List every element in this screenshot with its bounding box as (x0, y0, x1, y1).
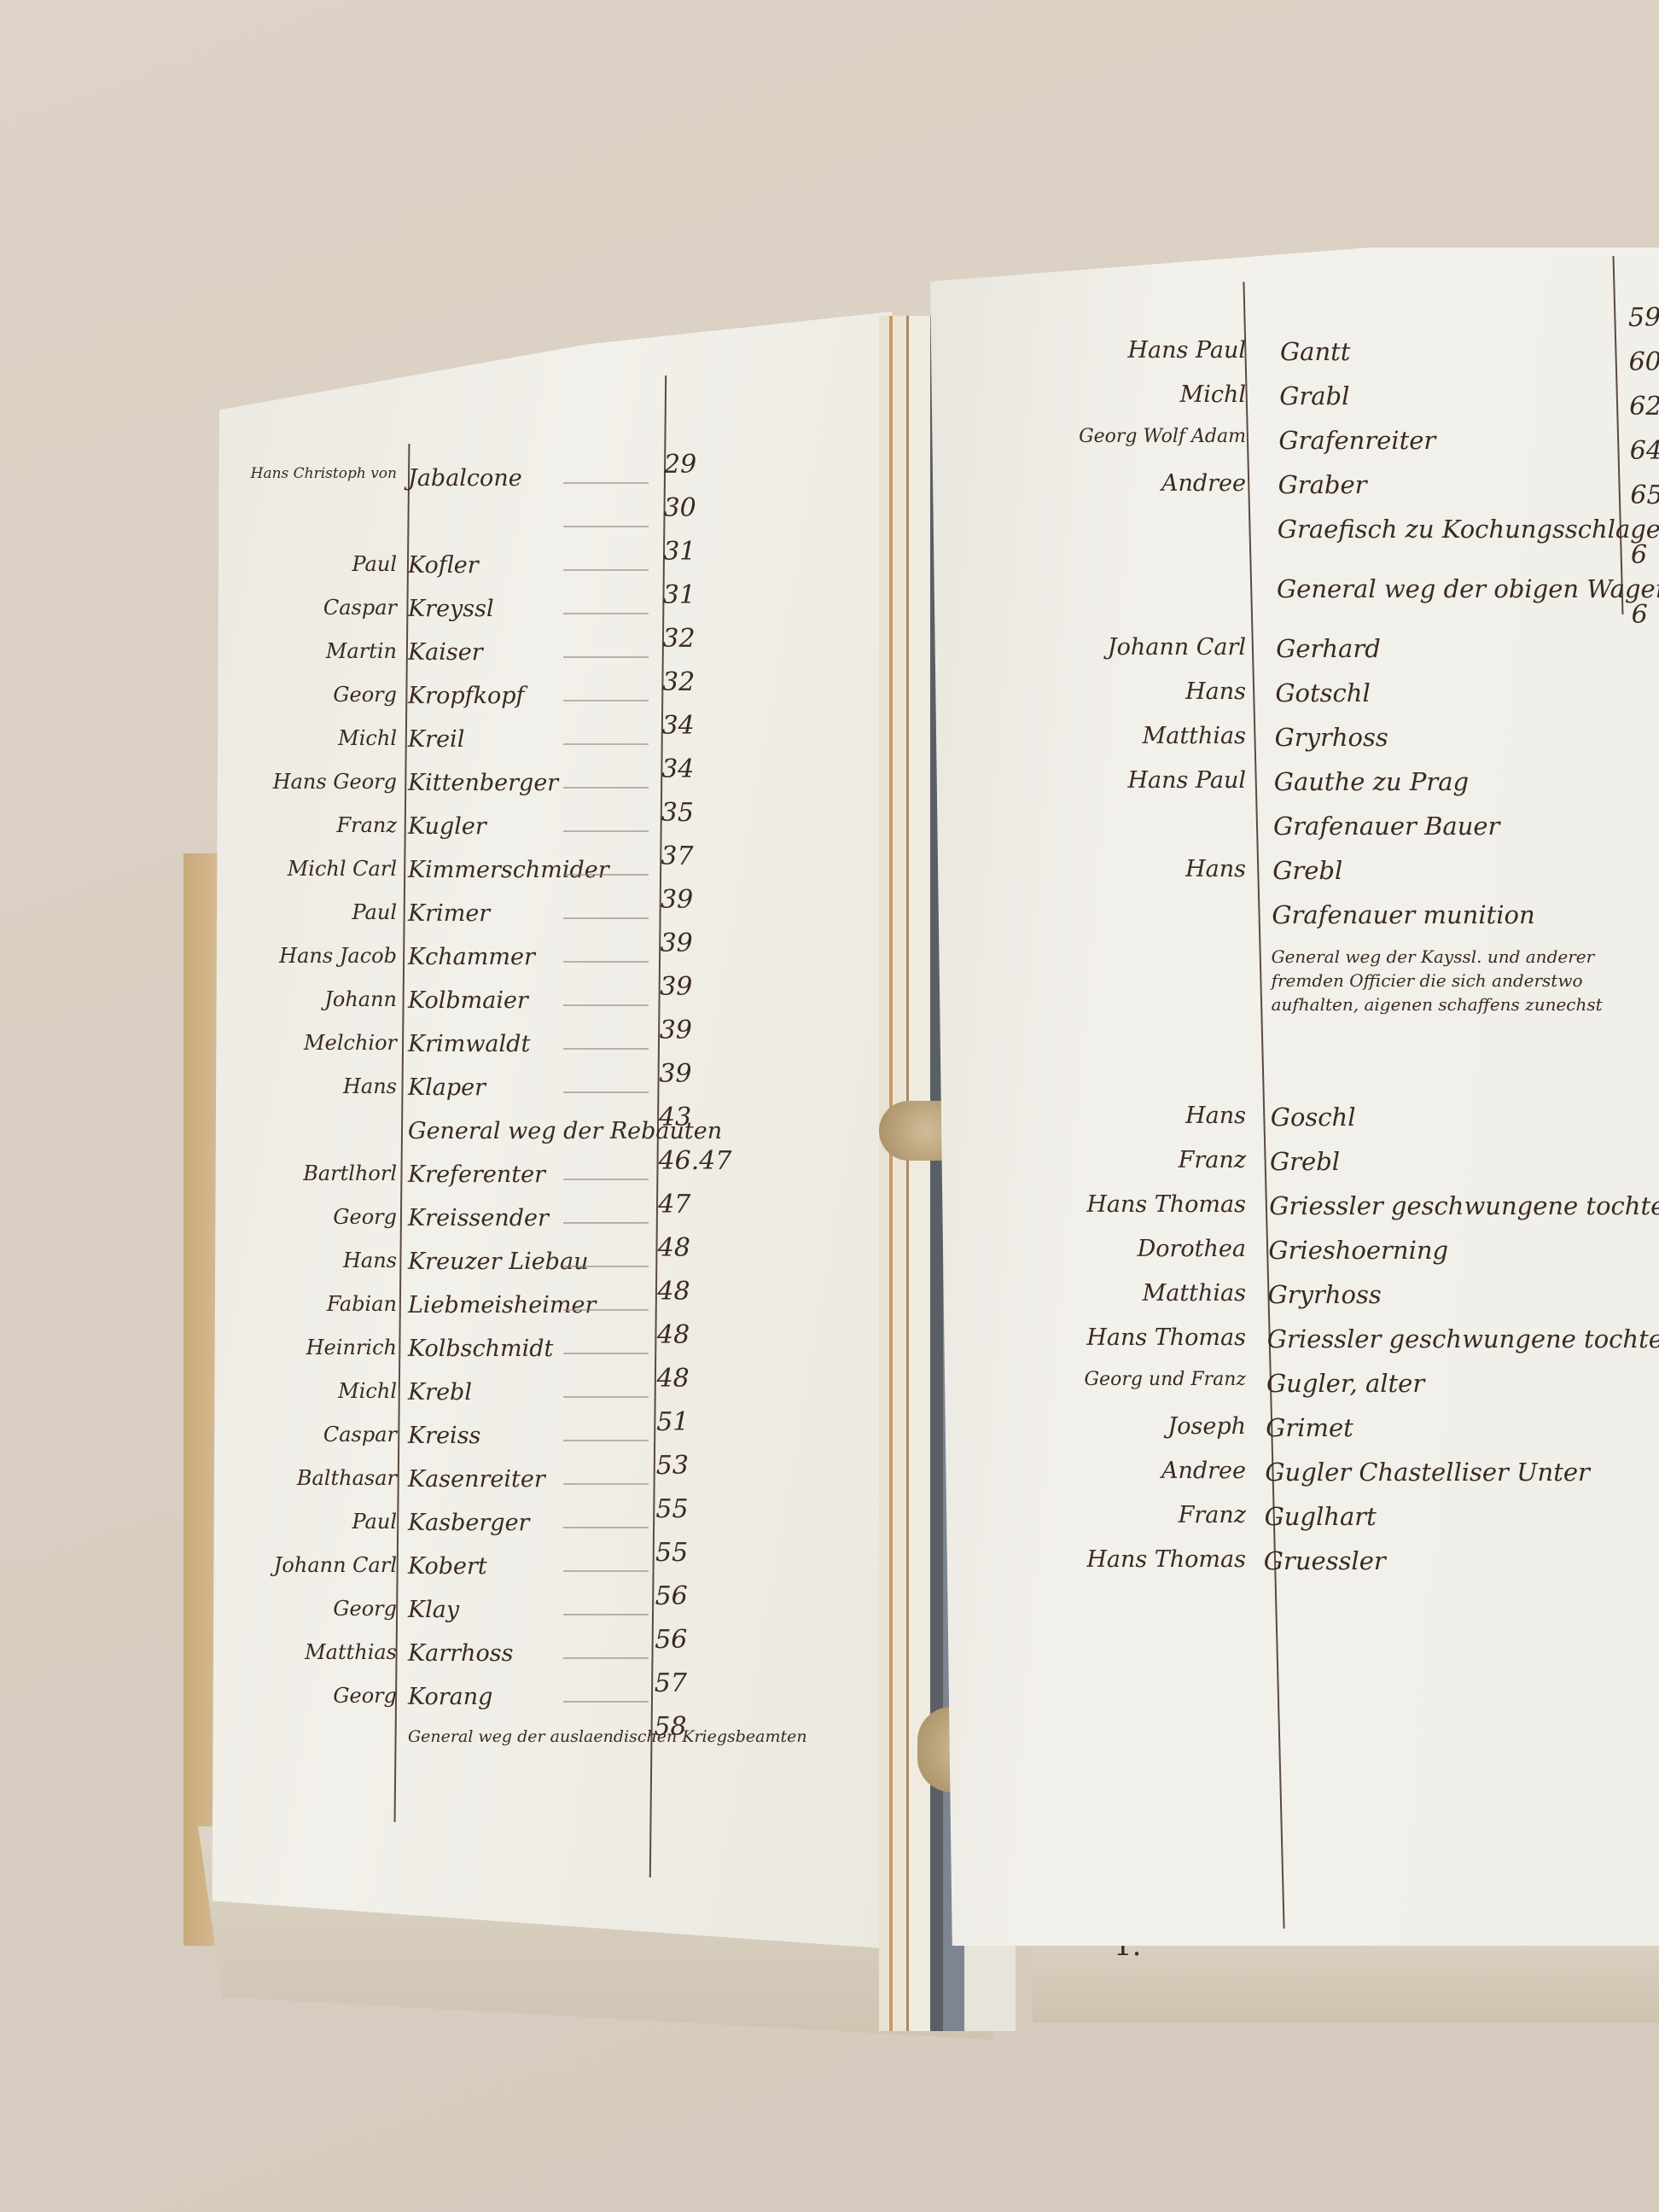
surname: Kreyssl (408, 596, 494, 622)
filler-dash (563, 1396, 649, 1398)
filler-dash (563, 1614, 649, 1615)
given-name: Matthias (1067, 1280, 1246, 1307)
filler-dash (563, 613, 649, 614)
filler-dash (563, 787, 649, 789)
surname: Kaiser (408, 639, 483, 666)
page-number: 39 (660, 1016, 692, 1045)
surname: Grebl (1272, 856, 1342, 885)
given-name: Hans (218, 1249, 397, 1272)
given-name: Hans (1067, 1103, 1246, 1129)
surname: Graefisch zu Kochungsschlagerspfad (1278, 515, 1659, 544)
surname: Kreil (408, 726, 464, 753)
surname: Graber (1278, 470, 1367, 499)
page-number: 6 (1631, 540, 1647, 570)
filler-dash (563, 1004, 649, 1006)
page-number: 32 (662, 667, 695, 697)
page-number: 31 (663, 580, 696, 610)
filler-dash (563, 1048, 649, 1050)
page-number: 48 (657, 1364, 690, 1394)
filler-dash (563, 1527, 649, 1528)
filler-dash (563, 1266, 649, 1267)
filler-dash (563, 874, 649, 876)
given-name: Michl (218, 1379, 397, 1403)
page-number: 53 (656, 1451, 689, 1481)
given-name: Melchior (218, 1031, 397, 1055)
surname: Kugler (408, 813, 486, 840)
given-name: Georg und Franz (1067, 1369, 1246, 1390)
filler-dash (563, 1179, 649, 1180)
page-number: 64 (1630, 436, 1659, 466)
surname: Grabl (1279, 381, 1349, 410)
given-name: Hans Christoph von (218, 465, 397, 482)
page-number: 6 (1632, 600, 1648, 630)
surname: Grafenauer Bauer (1273, 812, 1499, 841)
surname: Kasberger (408, 1510, 529, 1536)
filler-dash (563, 961, 649, 963)
surname: General weg der auslaendischen Kriegsbea… (408, 1727, 807, 1746)
filler-dash (563, 482, 649, 484)
surname: Kittenberger (408, 770, 558, 796)
surname: Gugler Chastelliser Unter (1265, 1458, 1590, 1487)
page-number: 48 (657, 1277, 690, 1307)
surname: Korang (408, 1684, 492, 1710)
given-name: Franz (218, 813, 397, 837)
surname: Klay (408, 1597, 459, 1623)
page-number: 31 (663, 537, 696, 567)
filler-dash (563, 1309, 649, 1311)
given-name: Hans (218, 1074, 397, 1098)
given-name: Matthias (1067, 723, 1246, 749)
given-name: Caspar (218, 1423, 397, 1447)
filler-dash (563, 917, 649, 919)
surname: Jabalcone (408, 465, 522, 492)
surname: Goschl (1271, 1103, 1356, 1132)
given-name: Michl Carl (218, 857, 397, 881)
surname: Kolbschmidt (408, 1336, 553, 1362)
page-number: 39 (659, 1059, 691, 1089)
given-name: Georg (218, 1205, 397, 1229)
filler-dash (563, 1440, 649, 1441)
filler-dash (563, 700, 649, 701)
filler-dash (563, 1091, 649, 1093)
given-name: Franz (1067, 1147, 1246, 1173)
page-number: 39 (661, 928, 693, 958)
surname: Grafenauer munition (1272, 900, 1534, 929)
given-name: Hans (1067, 856, 1246, 882)
surname: Kropfkopf (408, 683, 525, 709)
page-number: 57 (655, 1668, 687, 1698)
given-name: Georg Wolf Adam (1067, 426, 1246, 447)
page-number: 51 (656, 1407, 689, 1437)
surname: Kasenreiter (408, 1466, 545, 1493)
filler-dash (563, 656, 649, 658)
given-name: Johann Carl (1067, 634, 1246, 661)
given-name: Hans (1067, 678, 1246, 705)
page-number: 48 (657, 1320, 690, 1350)
surname: Gruessler (1264, 1546, 1386, 1575)
given-name: Paul (218, 552, 397, 576)
page-number: 60 (1629, 347, 1659, 377)
filler-dash (563, 1570, 649, 1572)
given-name: Franz (1067, 1502, 1246, 1528)
given-name: Hans Paul (1067, 767, 1246, 794)
filler-dash (563, 1483, 649, 1485)
given-name: Hans Thomas (1067, 1546, 1246, 1573)
given-name: Balthasar (218, 1466, 397, 1490)
page-number: 39 (660, 972, 692, 1002)
given-name: Georg (218, 1597, 397, 1621)
given-name: Johann Carl (218, 1553, 397, 1577)
surname: Krebl (408, 1379, 472, 1406)
given-name: Martin (218, 639, 397, 663)
given-name: Andree (1067, 470, 1246, 497)
page-number: 55 (655, 1538, 688, 1568)
given-name: Georg (218, 1684, 397, 1708)
given-name: Andree (1067, 1458, 1246, 1484)
page-number: 56 (655, 1625, 687, 1655)
surname: Kolbmaier (408, 987, 528, 1014)
given-name: Paul (218, 900, 397, 924)
surname: Krimer (408, 900, 490, 927)
surname: Kreiss (408, 1423, 480, 1449)
page-number: 46.47 (659, 1146, 732, 1176)
page-number: 35 (661, 798, 694, 828)
surname: Grimet (1266, 1413, 1353, 1442)
filler-dash (563, 1353, 649, 1354)
surname: Karrhoss (408, 1640, 513, 1667)
given-name: Paul (218, 1510, 397, 1534)
page-number: 37 (661, 841, 693, 871)
page-number: 48 (658, 1233, 690, 1263)
surname: Gugler, alter (1266, 1369, 1424, 1398)
surname: Kreferenter (408, 1161, 545, 1188)
surname: Gantt (1280, 337, 1350, 366)
surname: Klaper (408, 1074, 486, 1101)
surname: Krimwaldt (408, 1031, 530, 1057)
surname: Gauthe zu Prag (1274, 767, 1469, 796)
page-number: 29 (664, 450, 696, 480)
surname: Guglhart (1265, 1502, 1377, 1531)
filler-dash (563, 1222, 649, 1224)
given-name: Joseph (1067, 1413, 1246, 1440)
surname: Kofler (408, 552, 479, 579)
page-number: 47 (658, 1190, 690, 1220)
given-name: Fabian (218, 1292, 397, 1316)
surname: Gryrhoss (1275, 723, 1388, 752)
surname: Kimmerschmider (408, 857, 609, 883)
surname: Grafenreiter (1278, 426, 1435, 455)
surname: General weg der Kayssl. und anderer frem… (1272, 945, 1630, 1016)
surname: Grieshoerning (1268, 1236, 1448, 1265)
surname: General weg der obigen Wagengeld (1277, 574, 1659, 603)
given-name: Dorothea (1067, 1236, 1246, 1262)
page-number: 39 (661, 885, 693, 915)
given-name: Michl (218, 726, 397, 750)
page-number: 55 (655, 1494, 688, 1524)
given-name: Bartlhorl (218, 1161, 397, 1185)
surname: Liebmeisheimer (408, 1292, 596, 1318)
surname: Gryrhoss (1268, 1280, 1382, 1309)
page-number: 30 (664, 493, 696, 523)
surname: Gotschl (1275, 678, 1370, 707)
given-name: Hans Georg (218, 770, 397, 794)
given-name: Hans Thomas (1067, 1324, 1246, 1351)
filler-dash (563, 1701, 649, 1703)
given-name: Hans Thomas (1067, 1191, 1246, 1218)
page-number: 65 (1630, 480, 1659, 510)
surname: Griessler geschwungene tochter (1269, 1191, 1659, 1220)
page-number: 32 (662, 624, 695, 654)
page-number: 58 (654, 1712, 686, 1742)
filler-dash (563, 830, 649, 832)
page-number: 59 (1628, 303, 1659, 333)
filler-dash (563, 1657, 649, 1659)
filler-dash (563, 569, 649, 571)
surname: Griessler geschwungene tochter (1267, 1324, 1659, 1353)
given-name: Georg (218, 683, 397, 707)
surname: Kreissender (408, 1205, 549, 1231)
page-number: 62 (1629, 392, 1659, 422)
surname: Kobert (408, 1553, 487, 1580)
given-name: Caspar (218, 596, 397, 620)
filler-dash (563, 743, 649, 745)
given-name: Matthias (218, 1640, 397, 1664)
filler-dash (563, 526, 649, 527)
page-number: 34 (662, 711, 695, 741)
surname: Kreuzer Liebau (408, 1249, 588, 1275)
given-name: Michl (1067, 381, 1246, 408)
given-name: Johann (218, 987, 397, 1011)
page-number: 56 (655, 1581, 688, 1611)
right-page (930, 247, 1659, 1946)
given-name: Hans Jacob (218, 944, 397, 968)
surname: Grebl (1270, 1147, 1340, 1176)
page-number: 43 (659, 1103, 691, 1132)
given-name: Hans Paul (1067, 337, 1246, 364)
surname: Gerhard (1276, 634, 1381, 663)
surname: Kchammer (408, 944, 535, 970)
page-number: 34 (661, 754, 694, 784)
given-name: Heinrich (218, 1336, 397, 1359)
